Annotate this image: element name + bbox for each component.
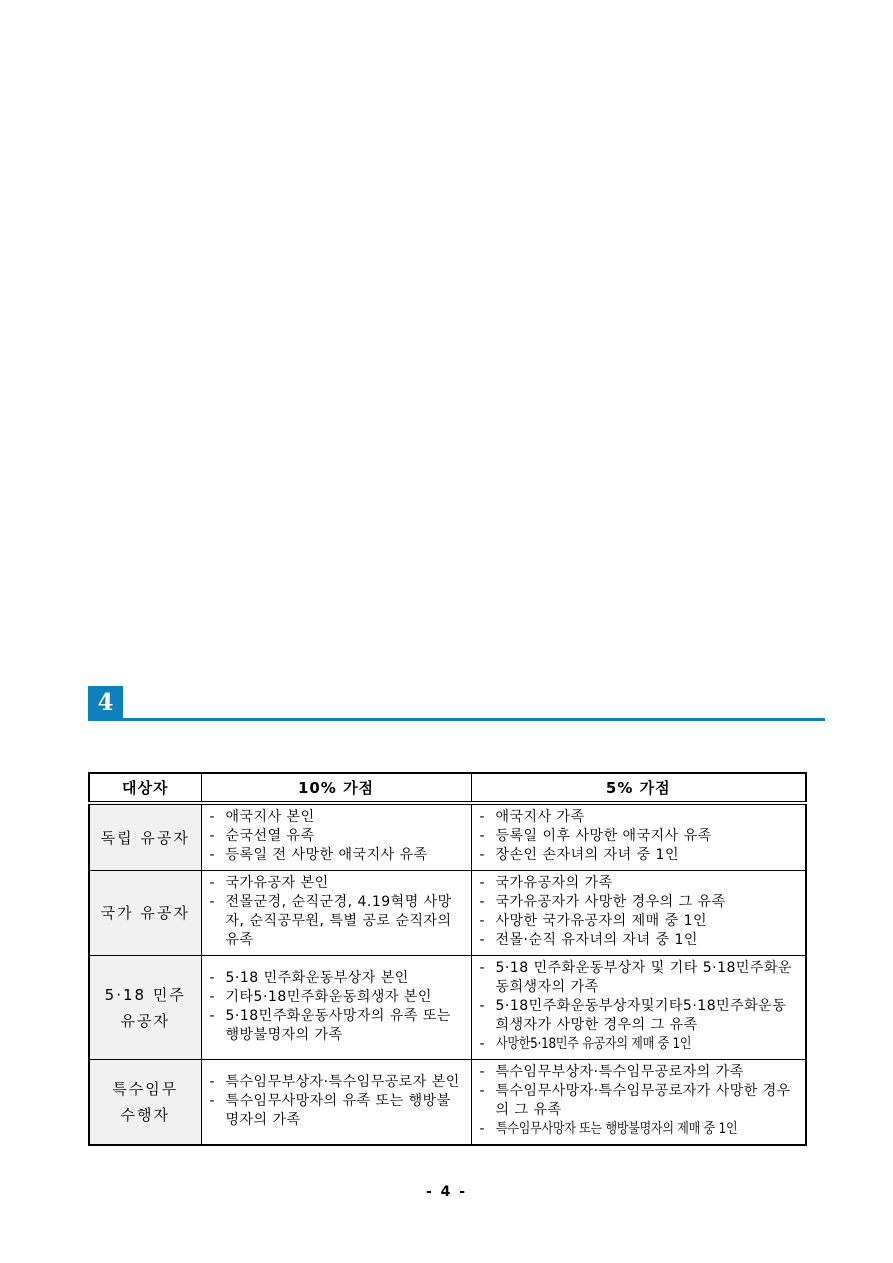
benefit-item: -전몰·순직 유자녀의 자녀 중 1인 — [480, 931, 800, 950]
table-header: 대상자 10% 가점 5% 가점 — [89, 773, 806, 803]
bullet-dash: - — [480, 1063, 496, 1082]
grade5-cell: -국가유공자의 가족 -국가유공자가 사망한 경우의 그 유족 -사망한 국가유… — [471, 871, 806, 956]
bullet-dash: - — [480, 912, 496, 931]
bullet-dash: - — [480, 1120, 496, 1139]
benefit-item: -전몰군경, 순직군경, 4.19혁명 사망자, 순직공무원, 특별 공로 순직… — [210, 893, 465, 950]
bullet-dash: - — [210, 874, 226, 893]
bullet-dash: - — [210, 1007, 226, 1026]
benefit-item: -국가유공자의 가족 — [480, 874, 800, 893]
table-row: 특수임무 수행자 -특수임무부상자·특수임무공로자 본인 -특수임무사망자의 유… — [89, 1060, 806, 1146]
bullet-dash: - — [480, 808, 496, 827]
benefit-item: -장손인 손자녀의 자녀 중 1인 — [480, 846, 800, 865]
bullet-dash: - — [480, 959, 496, 978]
bullet-dash: - — [210, 827, 226, 846]
bullet-dash: - — [480, 846, 496, 865]
bullet-dash: - — [210, 846, 226, 865]
target-cell: 특수임무 수행자 — [89, 1060, 201, 1146]
benefit-item: -5·18민주화운동사망자의 유족 또는 행방불명자의 가족 — [210, 1007, 465, 1045]
benefit-item: -등록일 이후 사망한 애국지사 유족 — [480, 827, 800, 846]
section-number: 4 — [97, 689, 113, 716]
grade10-cell: -국가유공자 본인 -전몰군경, 순직군경, 4.19혁명 사망자, 순직공무원… — [201, 871, 471, 956]
benefit-item: -특수임무사망자·특수임무공로자가 사망한 경우의 그 유족 — [480, 1082, 800, 1120]
bullet-dash: - — [210, 1073, 226, 1092]
benefit-item: -특수임무사망자 또는 행방불명자의 제매 중 1인 — [480, 1120, 800, 1139]
benefit-item: -국가유공자가 사망한 경우의 그 유족 — [480, 893, 800, 912]
bullet-dash: - — [480, 827, 496, 846]
benefit-item: -5·18 민주화운동부상자 및 기타 5·18민주화운동희생자의 가족 — [480, 959, 800, 997]
table-row: 독립 유공자 -애국지사 본인 -순국선열 유족 -등록일 전 사망한 애국지사… — [89, 803, 806, 871]
grade10-cell: -특수임무부상자·특수임무공로자 본인 -특수임무사망자의 유족 또는 행방불명… — [201, 1060, 471, 1146]
header-row: 대상자 10% 가점 5% 가점 — [89, 773, 806, 803]
grade5-cell: -5·18 민주화운동부상자 및 기타 5·18민주화운동희생자의 가족 -5·… — [471, 956, 806, 1060]
benefit-item: -사망한5·18민주 유공자의 제매 중 1인 — [480, 1035, 800, 1054]
bullet-dash: - — [210, 1092, 226, 1111]
section-number-badge: 4 — [88, 686, 123, 719]
table-row: 5·18 민주 유공자 -5·18 민주화운동부상자 본인 -기타5·18민주화… — [89, 956, 806, 1060]
grade5-cell: -애국지사 가족 -등록일 이후 사망한 애국지사 유족 -장손인 손자녀의 자… — [471, 803, 806, 871]
target-label: 특수임무 — [92, 1076, 199, 1102]
bullet-dash: - — [210, 988, 226, 1007]
target-label: 유공자 — [92, 1008, 199, 1034]
target-cell: 독립 유공자 — [89, 803, 201, 871]
bullet-dash: - — [480, 1082, 496, 1101]
benefit-item: -기타5·18민주화운동희생자 본인 — [210, 988, 465, 1007]
bullet-dash: - — [210, 808, 226, 827]
benefit-item: -특수임무사망자의 유족 또는 행방불명자의 가족 — [210, 1092, 465, 1130]
target-label: 독립 유공자 — [92, 825, 199, 851]
benefit-item: -순국선열 유족 — [210, 827, 465, 846]
bullet-dash: - — [480, 931, 496, 950]
page-number: - 4 - — [0, 1184, 893, 1200]
benefit-item: -애국지사 가족 — [480, 808, 800, 827]
target-cell: 5·18 민주 유공자 — [89, 956, 201, 1060]
target-label: 국가 유공자 — [92, 900, 199, 926]
benefit-item: -특수임무부상자·특수임무공로자 본인 — [210, 1073, 465, 1092]
bullet-dash: - — [480, 1035, 496, 1054]
grade10-cell: -애국지사 본인 -순국선열 유족 -등록일 전 사망한 애국지사 유족 — [201, 803, 471, 871]
bullet-dash: - — [480, 997, 496, 1016]
benefit-item: -국가유공자 본인 — [210, 874, 465, 893]
section-divider-rule — [88, 718, 825, 721]
bullet-dash: - — [480, 874, 496, 893]
benefit-item: -등록일 전 사망한 애국지사 유족 — [210, 846, 465, 865]
target-label: 수행자 — [92, 1102, 199, 1128]
column-header-10pct: 10% 가점 — [201, 773, 471, 803]
benefit-item: -5·18 민주화운동부상자 본인 — [210, 969, 465, 988]
target-cell: 국가 유공자 — [89, 871, 201, 956]
grade10-cell: -5·18 민주화운동부상자 본인 -기타5·18민주화운동희생자 본인 -5·… — [201, 956, 471, 1060]
bullet-dash: - — [480, 893, 496, 912]
bullet-dash: - — [210, 969, 226, 988]
benefit-item: -애국지사 본인 — [210, 808, 465, 827]
column-header-5pct: 5% 가점 — [471, 773, 806, 803]
column-header-target: 대상자 — [89, 773, 201, 803]
benefit-item: -사망한 국가유공자의 제매 중 1인 — [480, 912, 800, 931]
benefit-item: -5·18민주화운동부상자및기타5·18민주화운동희생자가 사망한 경우의 그 … — [480, 997, 800, 1035]
benefit-item: -특수임무부상자·특수임무공로자의 가족 — [480, 1063, 800, 1082]
bonus-points-table: 대상자 10% 가점 5% 가점 독립 유공자 -애국지사 본인 -순국선열 유… — [88, 772, 807, 1146]
grade5-cell: -특수임무부상자·특수임무공로자의 가족 -특수임무사망자·특수임무공로자가 사… — [471, 1060, 806, 1146]
target-label: 5·18 민주 — [92, 982, 199, 1008]
bullet-dash: - — [210, 893, 226, 912]
table-row: 국가 유공자 -국가유공자 본인 -전몰군경, 순직군경, 4.19혁명 사망자… — [89, 871, 806, 956]
